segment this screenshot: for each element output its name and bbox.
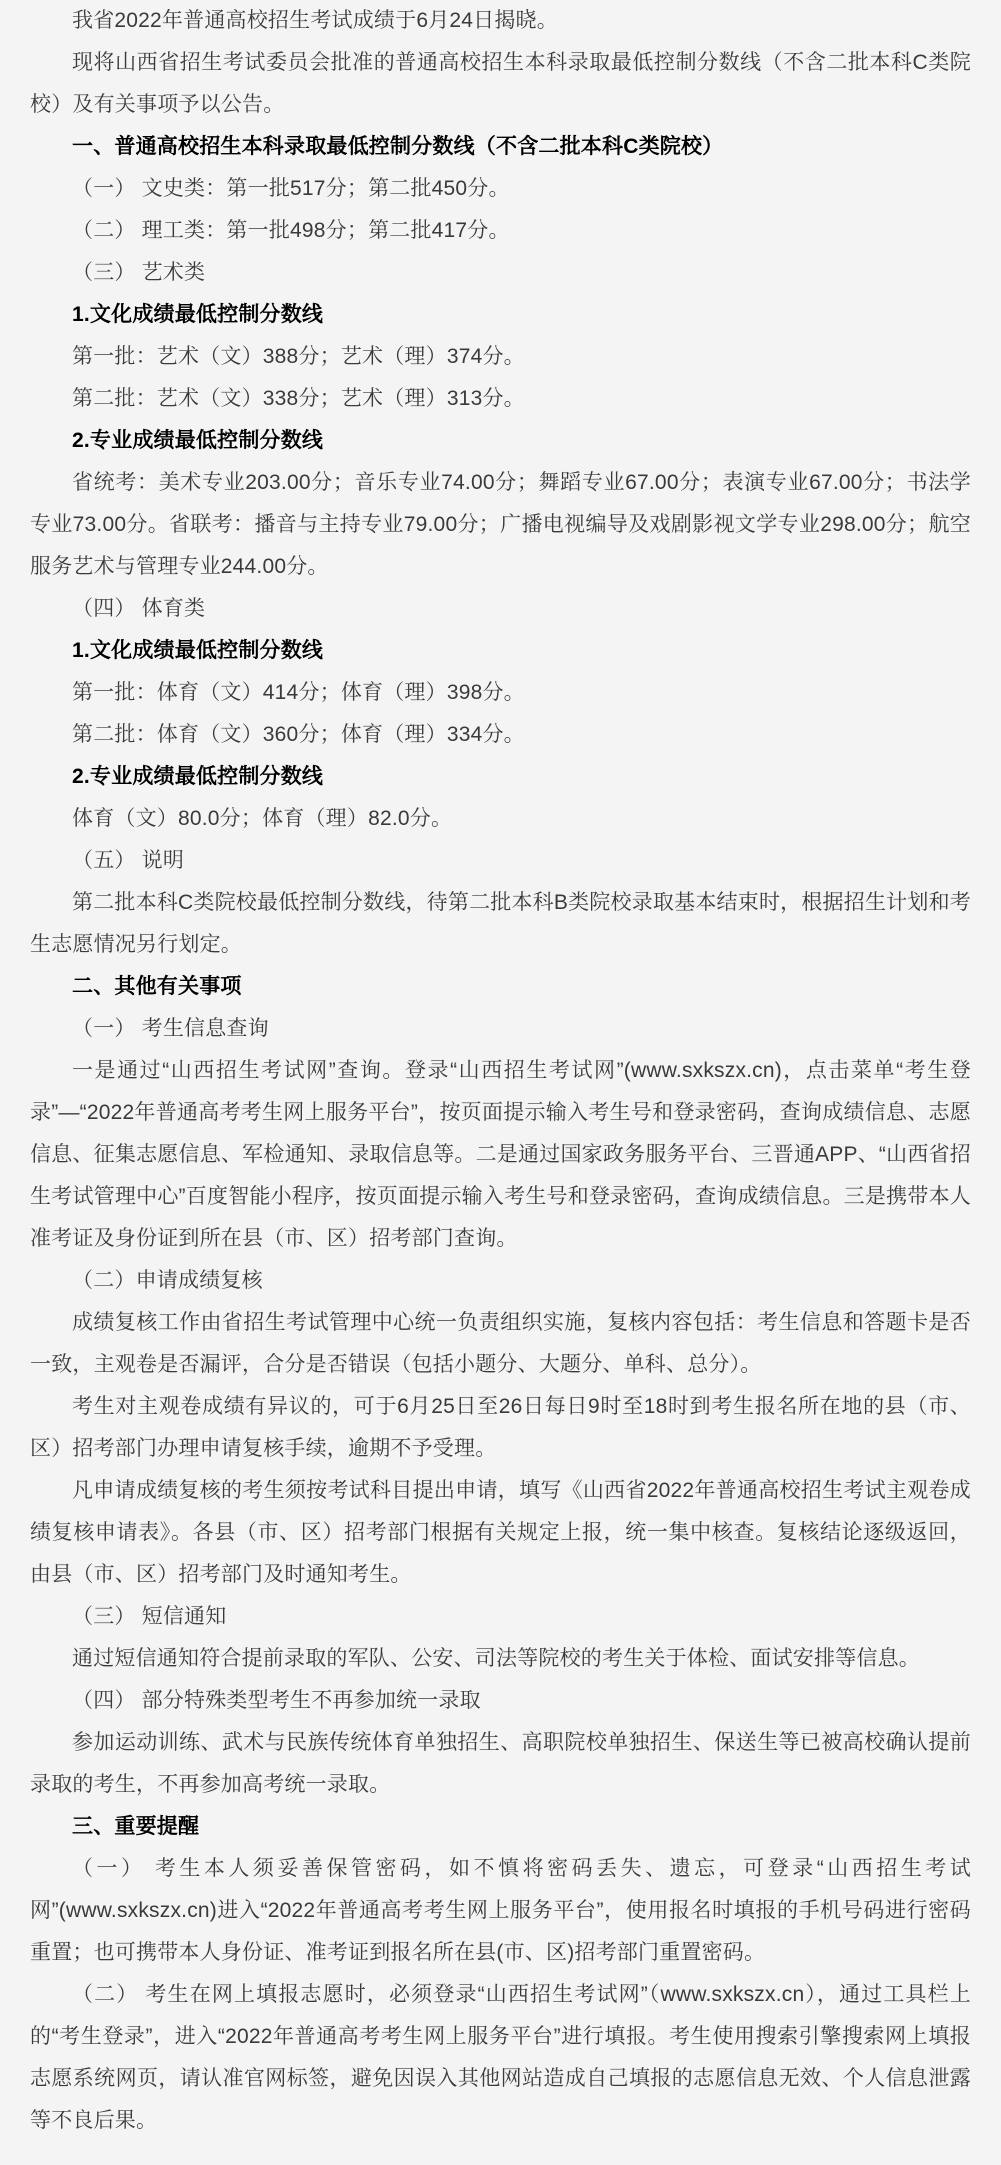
subsection-info-query: （一） 考生信息查询 <box>30 1008 971 1050</box>
subheading-sports-culture-score: 1.文化成绩最低控制分数线 <box>30 630 971 672</box>
subsection-art: （三） 艺术类 <box>30 252 971 294</box>
announcement-document: 我省2022年普通高校招生考试成绩于6月24日揭晓。 现将山西省招生考试委员会批… <box>0 0 1001 2164</box>
reminder-paragraph: （二） 考生在网上填报志愿时，必须登录“山西招生考试网”（www.sxkszx.… <box>30 1974 971 2142</box>
score-line-science: （二） 理工类：第一批498分；第二批417分。 <box>30 210 971 252</box>
score-line-art-batch2: 第二批：艺术（文）338分；艺术（理）313分。 <box>30 378 971 420</box>
subsection-score-review: （二）申请成绩复核 <box>30 1260 971 1302</box>
score-review-paragraph: 凡申请成绩复核的考生须按考试科目提出申请，填写《山西省2022年普通高校招生考试… <box>30 1470 971 1596</box>
intro-paragraph: 现将山西省招生考试委员会批准的普通高校招生本科录取最低控制分数线（不含二批本科C… <box>30 42 971 126</box>
score-line-liberal-arts: （一） 文史类：第一批517分；第二批450分。 <box>30 168 971 210</box>
score-line-sports-batch2: 第二批：体育（文）360分；体育（理）334分。 <box>30 714 971 756</box>
subsection-sports: （四） 体育类 <box>30 588 971 630</box>
info-query-paragraph: 一是通过“山西招生考试网”查询。登录“山西招生考试网”(www.sxkszx.c… <box>30 1050 971 1260</box>
subsection-notes: （五） 说明 <box>30 840 971 882</box>
score-line-sports-batch1: 第一批：体育（文）414分；体育（理）398分。 <box>30 672 971 714</box>
intro-paragraph: 我省2022年普通高校招生考试成绩于6月24日揭晓。 <box>30 0 971 42</box>
score-review-paragraph: 考生对主观卷成绩有异议的，可于6月25日至26日每日9时至18时到考生报名所在地… <box>30 1386 971 1470</box>
subheading-sports-major-score: 2.专业成绩最低控制分数线 <box>30 756 971 798</box>
section-heading-3: 三、重要提醒 <box>30 1806 971 1848</box>
score-line-sports-major: 体育（文）80.0分；体育（理）82.0分。 <box>30 798 971 840</box>
reminder-paragraph: （一） 考生本人须妥善保管密码，如不慎将密码丢失、遗忘，可登录“山西招生考试网”… <box>30 1848 971 1974</box>
subsection-sms-notice: （三） 短信通知 <box>30 1596 971 1638</box>
subsection-special-types: （四） 部分特殊类型考生不再参加统一录取 <box>30 1680 971 1722</box>
subheading-art-major-score: 2.专业成绩最低控制分数线 <box>30 420 971 462</box>
score-review-paragraph: 成绩复核工作由省招生考试管理中心统一负责组织实施，复核内容包括：考生信息和答题卡… <box>30 1302 971 1386</box>
section-heading-1: 一、普通高校招生本科录取最低控制分数线（不含二批本科C类院校） <box>30 126 971 168</box>
score-line-art-major: 省统考：美术专业203.00分；音乐专业74.00分；舞蹈专业67.00分；表演… <box>30 462 971 588</box>
section-heading-2: 二、其他有关事项 <box>30 966 971 1008</box>
sms-notice-paragraph: 通过短信通知符合提前录取的军队、公安、司法等院校的考生关于体检、面试安排等信息。 <box>30 1638 971 1680</box>
notes-paragraph: 第二批本科C类院校最低控制分数线，待第二批本科B类院校录取基本结束时，根据招生计… <box>30 882 971 966</box>
subheading-art-culture-score: 1.文化成绩最低控制分数线 <box>30 294 971 336</box>
score-line-art-batch1: 第一批：艺术（文）388分；艺术（理）374分。 <box>30 336 971 378</box>
special-types-paragraph: 参加运动训练、武术与民族传统体育单独招生、高职院校单独招生、保送生等已被高校确认… <box>30 1722 971 1806</box>
